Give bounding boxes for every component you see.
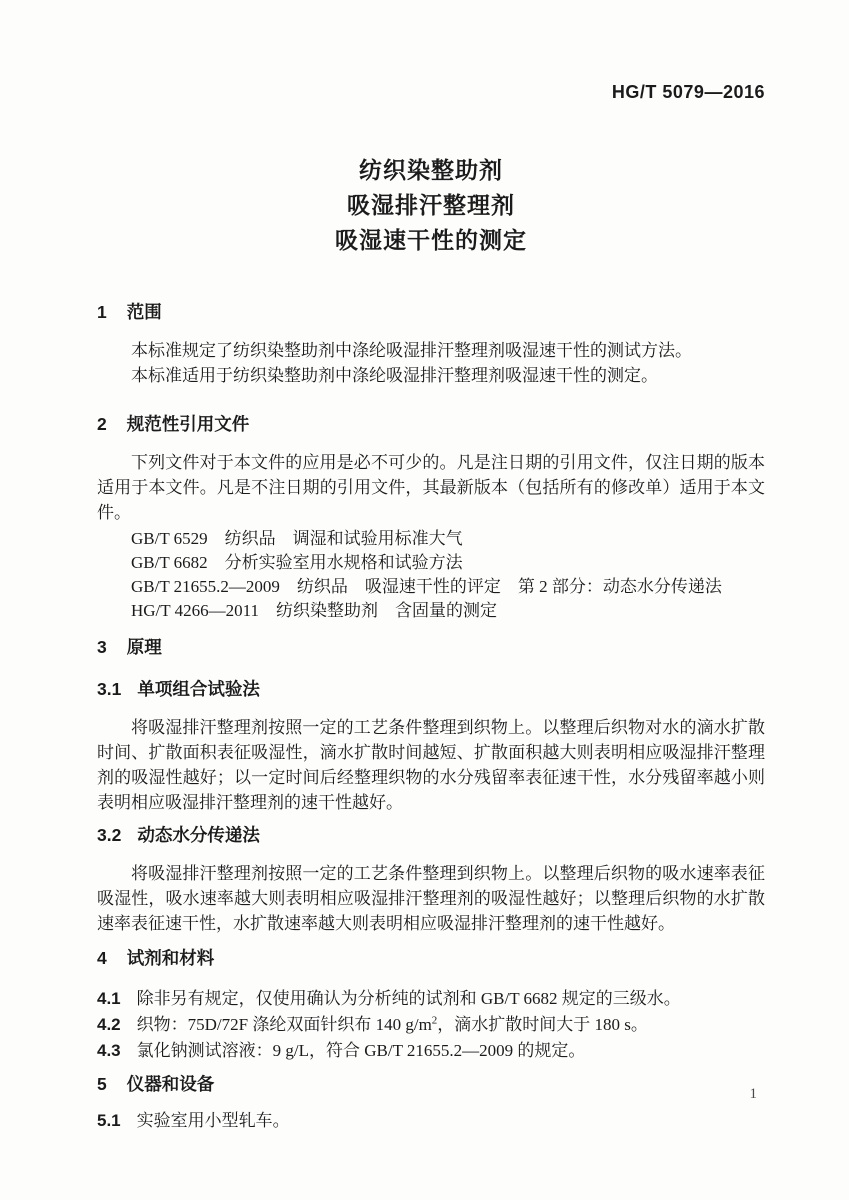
section-3-2-heading: 3.2动态水分传递法 xyxy=(97,825,765,845)
section-2-number: 2 xyxy=(97,414,107,434)
section-2-paragraph-1: 下列文件对于本文件的应用是必不可少的。凡是注日期的引用文件，仅注日期的版本适用于… xyxy=(97,450,765,525)
reference-item: GB/T 6682 分析实验室用水规格和试验方法 xyxy=(97,551,765,575)
section-3-2-paragraph: 将吸湿排汗整理剂按照一定的工艺条件整理到织物上。以整理后织物的吸水速率表征吸湿性… xyxy=(97,861,765,936)
title-line-1: 纺织染整助剂 xyxy=(97,153,765,188)
section-4-title: 试剂和材料 xyxy=(127,948,215,968)
section-2-heading: 2规范性引用文件 xyxy=(97,414,765,434)
standard-number: HG/T 5079—2016 xyxy=(97,0,765,103)
clause-4-1-number: 4.1 xyxy=(97,986,121,1012)
reference-item: GB/T 6529 纺织品 调湿和试验用标准大气 xyxy=(97,527,765,551)
clause-4-2-text: 织物：75D/72F 涤纶双面针织布 140 g/m2，滴水扩散时间大于 180… xyxy=(137,1015,648,1034)
section-3-number: 3 xyxy=(97,637,107,657)
clause-5-1: 5.1实验室用小型轧车。 xyxy=(97,1108,765,1134)
reference-item: HG/T 4266—2011 纺织染整助剂 含固量的测定 xyxy=(97,599,765,623)
clause-4-3-number: 4.3 xyxy=(97,1038,121,1064)
section-1-heading: 1范围 xyxy=(97,302,765,322)
section-3-2-title: 动态水分传递法 xyxy=(137,825,260,845)
section-3-1-paragraph: 将吸湿排汗整理剂按照一定的工艺条件整理到织物上。以整理后织物对水的滴水扩散时间、… xyxy=(97,715,765,815)
section-5-heading: 5仪器和设备 xyxy=(97,1074,765,1094)
reference-item: GB/T 21655.2—2009 纺织品 吸湿速干性的评定 第 2 部分：动态… xyxy=(97,575,765,599)
clause-4-2-text-after-sup: ，滴水扩散时间大于 180 s。 xyxy=(437,1015,648,1034)
section-2-title: 规范性引用文件 xyxy=(127,414,250,434)
section-3-1-heading: 3.1单项组合试验法 xyxy=(97,679,765,699)
clause-4-1-text: 除非另有规定，仅使用确认为分析纯的试剂和 GB/T 6682 规定的三级水。 xyxy=(137,989,681,1008)
section-4-heading: 4试剂和材料 xyxy=(97,948,765,968)
section-1-title: 范围 xyxy=(127,302,162,322)
page-number: 1 xyxy=(750,1086,758,1103)
section-5-clauses: 5.1实验室用小型轧车。 xyxy=(97,1108,765,1134)
clause-5-1-text: 实验室用小型轧车。 xyxy=(137,1111,290,1130)
section-1-number: 1 xyxy=(97,302,107,322)
section-3-1-title: 单项组合试验法 xyxy=(137,679,260,699)
clause-4-2-text-before-sup: 织物：75D/72F 涤纶双面针织布 140 g/m xyxy=(137,1015,432,1034)
clause-5-1-number: 5.1 xyxy=(97,1108,121,1134)
section-3-heading: 3原理 xyxy=(97,637,765,657)
document-page: HG/T 5079—2016 纺织染整助剂 吸湿排汗整理剂 吸湿速干性的测定 1… xyxy=(0,0,849,1200)
section-5-title: 仪器和设备 xyxy=(127,1074,215,1094)
section-1-paragraph-2: 本标准适用于纺织染整助剂中涤纶吸湿排汗整理剂吸湿速干性的测定。 xyxy=(97,363,765,388)
section-4-number: 4 xyxy=(97,948,107,968)
clause-4-3: 4.3氯化钠测试溶液：9 g/L，符合 GB/T 21655.2—2009 的规… xyxy=(97,1038,765,1064)
title-line-3: 吸湿速干性的测定 xyxy=(97,223,765,258)
section-5-number: 5 xyxy=(97,1074,107,1094)
clause-4-2-number: 4.2 xyxy=(97,1012,121,1038)
section-1-paragraph-1: 本标准规定了纺织染整助剂中涤纶吸湿排汗整理剂吸湿速干性的测试方法。 xyxy=(97,338,765,363)
clause-4-1: 4.1除非另有规定，仅使用确认为分析纯的试剂和 GB/T 6682 规定的三级水… xyxy=(97,986,765,1012)
document-title: 纺织染整助剂 吸湿排汗整理剂 吸湿速干性的测定 xyxy=(97,153,765,258)
clause-4-3-text: 氯化钠测试溶液：9 g/L，符合 GB/T 21655.2—2009 的规定。 xyxy=(137,1041,586,1060)
section-4-clauses: 4.1除非另有规定，仅使用确认为分析纯的试剂和 GB/T 6682 规定的三级水… xyxy=(97,986,765,1064)
section-3-title: 原理 xyxy=(127,637,162,657)
title-line-2: 吸湿排汗整理剂 xyxy=(97,188,765,223)
reference-list: GB/T 6529 纺织品 调湿和试验用标准大气 GB/T 6682 分析实验室… xyxy=(97,527,765,623)
clause-4-2: 4.2织物：75D/72F 涤纶双面针织布 140 g/m2，滴水扩散时间大于 … xyxy=(97,1012,765,1038)
section-3-2-number: 3.2 xyxy=(97,825,121,845)
section-3-1-number: 3.1 xyxy=(97,679,121,699)
